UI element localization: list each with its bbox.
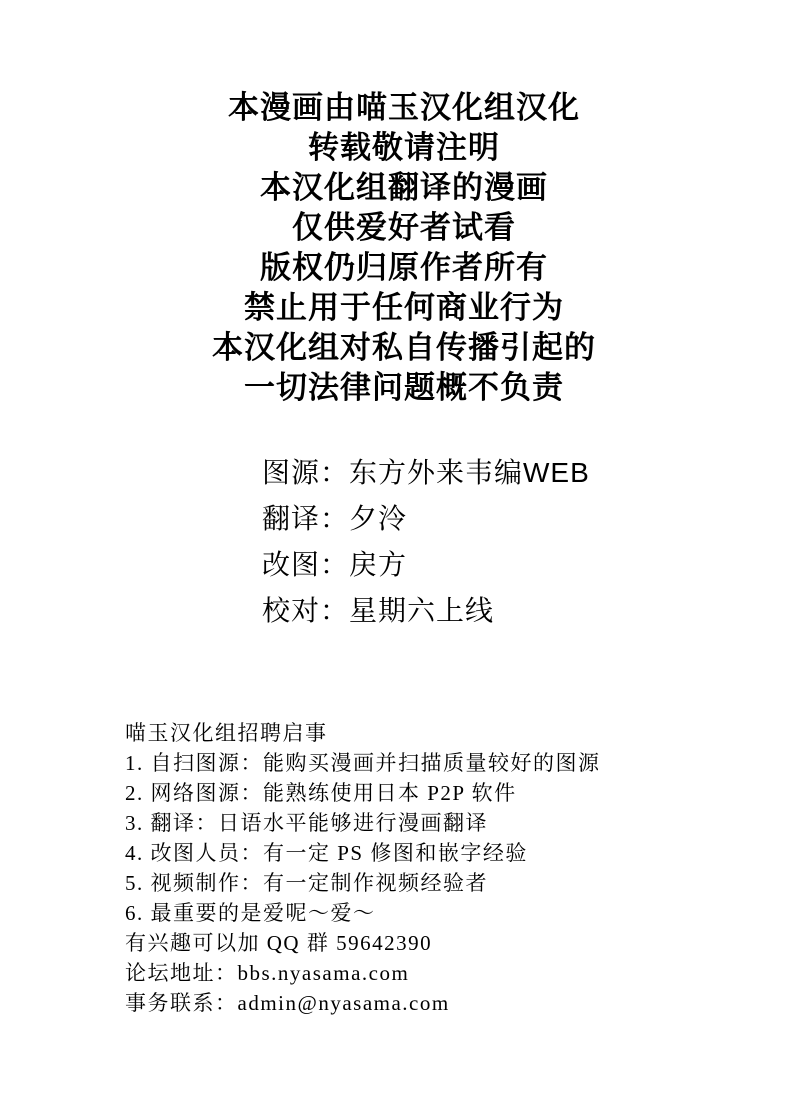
staff-credits: 图源：东方外来韦编WEB 翻译：夕泠 改图：戻方 校对：星期六上线 (262, 450, 590, 634)
scanlation-credits-page: 本漫画由喵玉汉化组汉化 转载敬请注明 本汉化组翻译的漫画 仅供爱好者试看 版权仍… (0, 0, 808, 1104)
recruitment-item-self-scan: 1. 自扫图源：能购买漫画并扫描质量较好的图源 (125, 748, 601, 778)
notice-line-group: 本漫画由喵玉汉化组汉化 (0, 88, 808, 128)
recruitment-item-translator: 3. 翻译：日语水平能够进行漫画翻译 (125, 808, 601, 838)
credit-translator: 翻译：夕泠 (262, 496, 590, 542)
notice-line-translated: 本汉化组翻译的漫画 (0, 168, 808, 208)
recruitment-title: 喵玉汉化组招聘启事 (125, 718, 601, 748)
recruitment-item-love: 6. 最重要的是爱呢～爱～ (125, 898, 601, 928)
notice-line-preview-only: 仅供爱好者试看 (0, 208, 808, 248)
credit-source: 图源：东方外来韦编WEB (262, 450, 590, 496)
credit-proofreader: 校对：星期六上线 (262, 588, 590, 634)
contact-admin-email: 事务联系：admin@nyasama.com (125, 988, 601, 1018)
contact-forum-url: 论坛地址：bbs.nyasama.com (125, 958, 601, 988)
recruitment-item-video: 5. 视频制作：有一定制作视频经验者 (125, 868, 601, 898)
notice-line-no-commercial: 禁止用于任何商业行为 (0, 288, 808, 328)
recruitment-notice: 喵玉汉化组招聘启事 1. 自扫图源：能购买漫画并扫描质量较好的图源 2. 网络图… (125, 718, 601, 1018)
notice-line-repost: 转载敬请注明 (0, 128, 808, 168)
notice-line-liability-2: 一切法律问题概不负责 (0, 368, 808, 408)
recruitment-item-editor: 4. 改图人员：有一定 PS 修图和嵌字经验 (125, 838, 601, 868)
notice-line-copyright: 版权仍归原作者所有 (0, 248, 808, 288)
recruitment-item-web-source: 2. 网络图源：能熟练使用日本 P2P 软件 (125, 778, 601, 808)
credit-editor: 改图：戻方 (262, 542, 590, 588)
notice-line-liability-1: 本汉化组对私自传播引起的 (0, 328, 808, 368)
copyright-notice: 本漫画由喵玉汉化组汉化 转载敬请注明 本汉化组翻译的漫画 仅供爱好者试看 版权仍… (0, 88, 808, 408)
contact-qq-group: 有兴趣可以加 QQ 群 59642390 (125, 928, 601, 958)
